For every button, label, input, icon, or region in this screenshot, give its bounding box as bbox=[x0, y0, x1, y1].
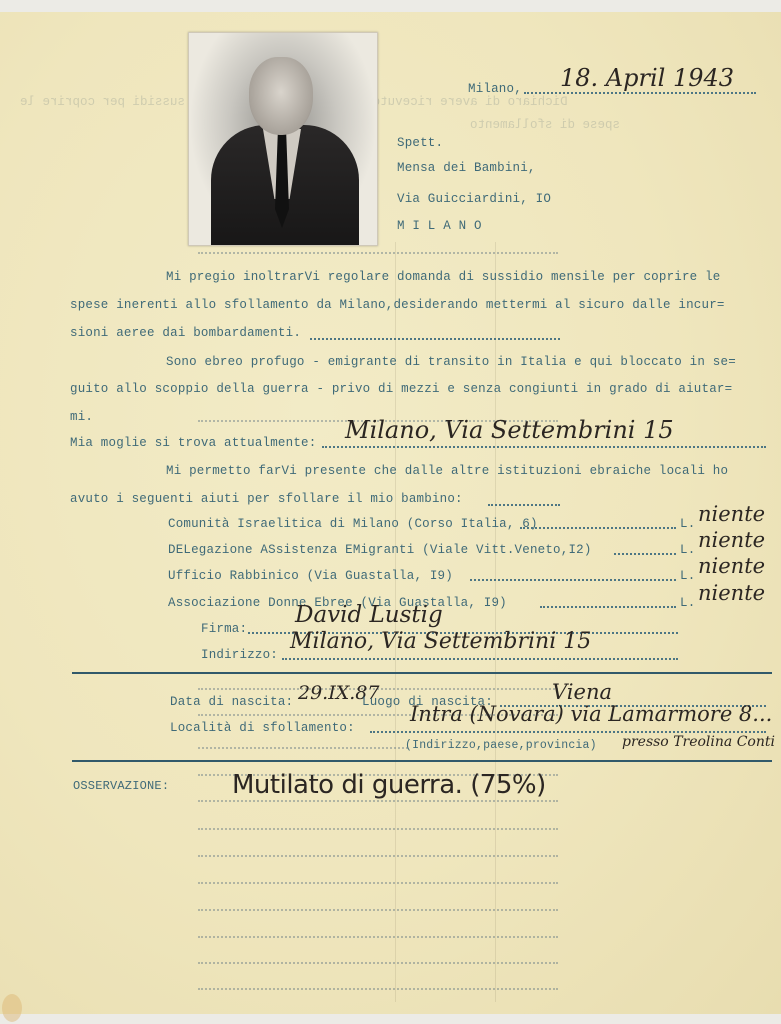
salutation: Spett. bbox=[397, 136, 443, 150]
paragraph-2-line-2: guito allo scoppio della guerra - privo … bbox=[70, 382, 732, 396]
recipient-city: M I L A N O bbox=[397, 219, 482, 233]
evacuation-hint: (Indirizzo,paese,provincia) bbox=[405, 739, 597, 752]
evacuation-place-label: Località di sfollamento: bbox=[170, 721, 355, 735]
signature-label: Firma: bbox=[201, 622, 247, 636]
section-divider bbox=[72, 672, 772, 674]
paragraph-2-line-3: mi. bbox=[70, 410, 93, 424]
dotted-line bbox=[198, 882, 558, 884]
dotted-line bbox=[198, 252, 558, 254]
dotted-line bbox=[370, 731, 766, 733]
recipient-name: Mensa dei Bambini, bbox=[397, 161, 536, 175]
recipient-street: Via Guicciardini, IO bbox=[397, 192, 551, 206]
wife-location-label: Mia moglie si trova attualmente: bbox=[70, 436, 316, 450]
paragraph-3-line-1: Mi permetto farVi presente che dalle alt… bbox=[166, 464, 728, 478]
dotted-line bbox=[198, 988, 558, 990]
dotted-line bbox=[614, 553, 676, 555]
portrait-photo bbox=[188, 32, 378, 246]
paragraph-3-line-2: avuto i seguenti aiuti per sfollare il m… bbox=[70, 492, 463, 506]
dotted-line bbox=[322, 446, 766, 448]
bleed-through-text: spese di sfollamento bbox=[470, 118, 620, 132]
aid-currency: L. bbox=[680, 569, 695, 583]
paragraph-2-line-1: Sono ebreo profugo - emigrante di transi… bbox=[166, 355, 736, 369]
dotted-line bbox=[282, 658, 678, 660]
dotted-line bbox=[520, 527, 676, 529]
place-label: Milano, bbox=[468, 82, 522, 96]
evacuation-note: presso Treolina Conti bbox=[622, 734, 775, 750]
aid-currency: L. bbox=[680, 517, 695, 531]
dotted-line bbox=[198, 909, 558, 911]
birth-date-label: Data di nascita: bbox=[170, 695, 293, 709]
dotted-line bbox=[198, 828, 558, 830]
dotted-line bbox=[198, 962, 558, 964]
aid-amount: niente bbox=[698, 554, 765, 578]
aid-amount: niente bbox=[698, 528, 765, 552]
paragraph-1-line-1: Mi pregio inoltrarVi regolare domanda di… bbox=[166, 270, 721, 284]
dotted-line bbox=[198, 855, 558, 857]
paragraph-1-line-3: sioni aeree dai bombardamenti. bbox=[70, 326, 301, 340]
dotted-line bbox=[540, 606, 676, 608]
dotted-line bbox=[198, 936, 558, 938]
document-page: Dichiaro di avere ricevuto dalla Mensa d… bbox=[0, 12, 781, 1014]
date-dotted-line bbox=[524, 92, 756, 94]
aid-currency: L. bbox=[680, 596, 695, 610]
wife-location-value: Milano, Via Settembrini 15 bbox=[345, 416, 674, 444]
dotted-line bbox=[198, 747, 408, 749]
section-divider bbox=[72, 760, 772, 762]
aid-amount: niente bbox=[698, 581, 765, 605]
dotted-line bbox=[310, 338, 560, 340]
paper-stain bbox=[2, 994, 22, 1022]
dotted-line bbox=[470, 579, 676, 581]
dotted-line bbox=[198, 800, 558, 802]
observations-label: OSSERVAZIONE: bbox=[73, 779, 169, 793]
letter-date: 18. April 1943 bbox=[560, 64, 734, 92]
dotted-line bbox=[488, 504, 560, 506]
observations-value: Mutilato di guerra. (75%) bbox=[232, 770, 546, 800]
aid-currency: L. bbox=[680, 543, 695, 557]
paragraph-1-line-2: spese inerenti allo sfollamento da Milan… bbox=[70, 298, 725, 312]
aid-institution: DELegazione ASsistenza EMigranti (Viale … bbox=[168, 543, 592, 557]
aid-amount: niente bbox=[698, 502, 765, 526]
aid-institution: Ufficio Rabbinico (Via Guastalla, I9) bbox=[168, 569, 453, 583]
signature-value: David Lustig bbox=[295, 602, 443, 628]
address-value: Milano, Via Settembrini 15 bbox=[290, 629, 591, 654]
address-label: Indirizzo: bbox=[201, 648, 278, 662]
birth-place-value: Viena bbox=[552, 680, 612, 704]
evacuation-place-value: Intra (Novara) via Lamarmore 8... bbox=[410, 702, 772, 726]
aid-institution: Comunità Israelitica di Milano (Corso It… bbox=[168, 517, 538, 531]
